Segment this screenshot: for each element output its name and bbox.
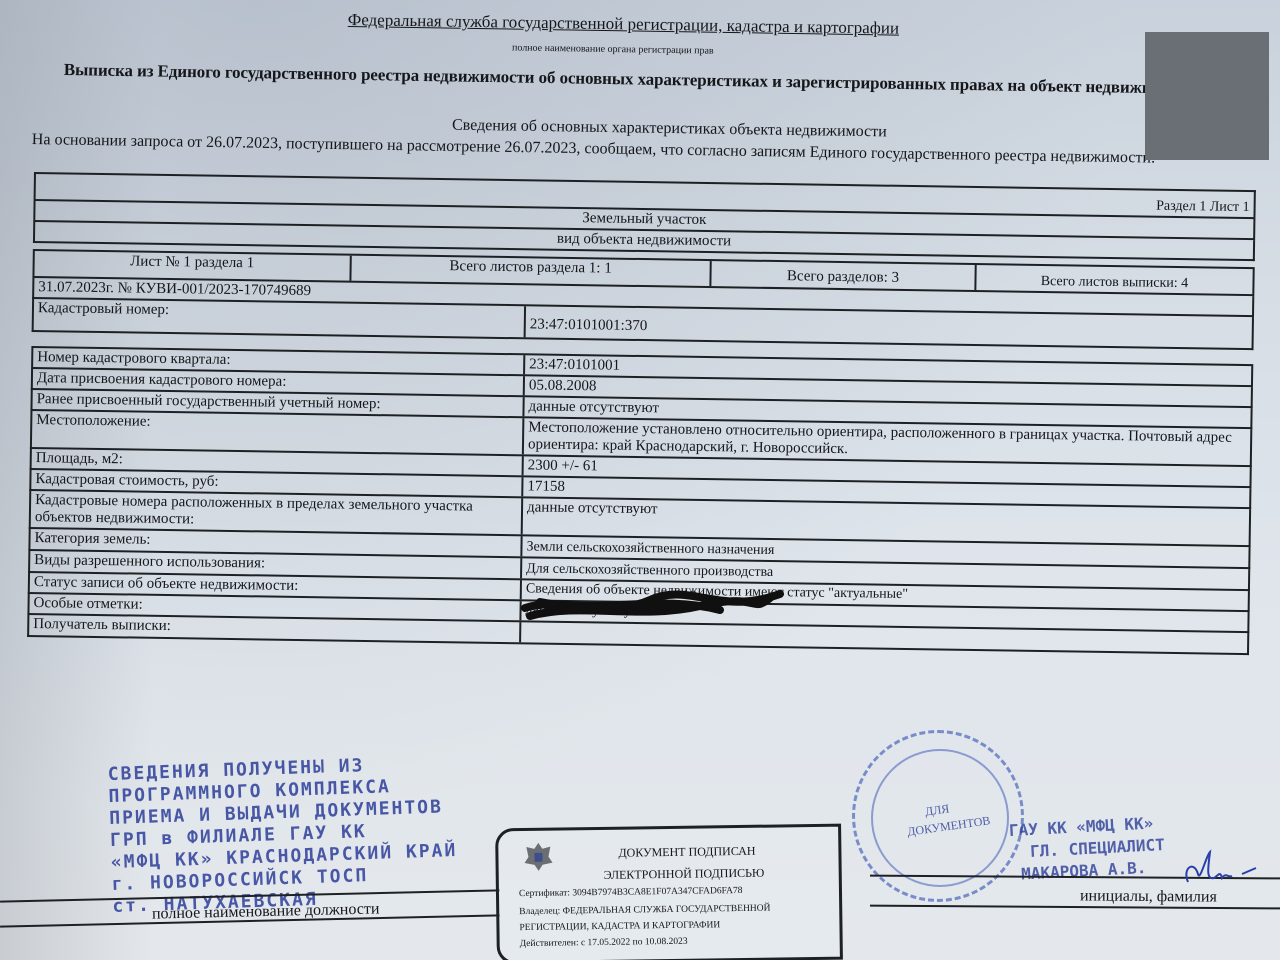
redaction-block — [1145, 32, 1269, 160]
esign-line1: ДОКУМЕНТ ПОДПИСАН — [618, 844, 755, 861]
esign-certificate: Сертификат: 3094B7974B3CA8E1F07A347CFAD6… — [519, 886, 743, 899]
divider — [870, 905, 1280, 910]
esign-owner: Владелец: ФЕДЕРАЛЬНАЯ СЛУЖБА ГОСУДАРСТВЕ… — [519, 904, 770, 918]
extract-table: Раздел 1 Лист 1 Земельный участок вид об… — [27, 172, 1256, 655]
agency-name: Федеральная служба государственной регис… — [348, 10, 899, 39]
total-sheets: Всего листов выписки: 4 — [974, 265, 1252, 294]
sheet-number: Лист № 1 раздела 1 — [34, 251, 349, 281]
field-label: Кадастровые номера расположенных в преде… — [31, 491, 521, 534]
field-label: Местоположение: — [32, 411, 522, 454]
sheets-in-section: Всего листов раздела 1: 1 — [349, 256, 709, 286]
document-title: Выписка из Единого государственного реес… — [64, 60, 1197, 99]
esign-validity: Действителен: с 17.05.2022 по 10.08.2023 — [520, 937, 688, 949]
redaction-scribble — [520, 588, 790, 622]
document-subtitle: Сведения об основных характеристиках объ… — [452, 117, 887, 142]
esign-owner-cont: РЕГИСТРАЦИИ, КАДАСТРА И КАРТОГРАФИИ — [519, 920, 720, 933]
position-caption: полное наименование должности — [152, 900, 380, 923]
electronic-signature-box: ДОКУМЕНТ ПОДПИСАН ЭЛЕКТРОННОЙ ПОДПИСЬЮ С… — [495, 824, 843, 960]
emblem-icon — [520, 839, 556, 875]
cadastral-number-label: Кадастровый номер: — [34, 299, 524, 337]
handwritten-signature — [1180, 848, 1260, 892]
total-sections: Всего разделов: 3 — [709, 261, 974, 290]
agency-caption: полное наименование органа регистрации п… — [512, 42, 714, 56]
esign-line2: ЭЛЕКТРОННОЙ ПОДПИСЬЮ — [604, 866, 765, 883]
